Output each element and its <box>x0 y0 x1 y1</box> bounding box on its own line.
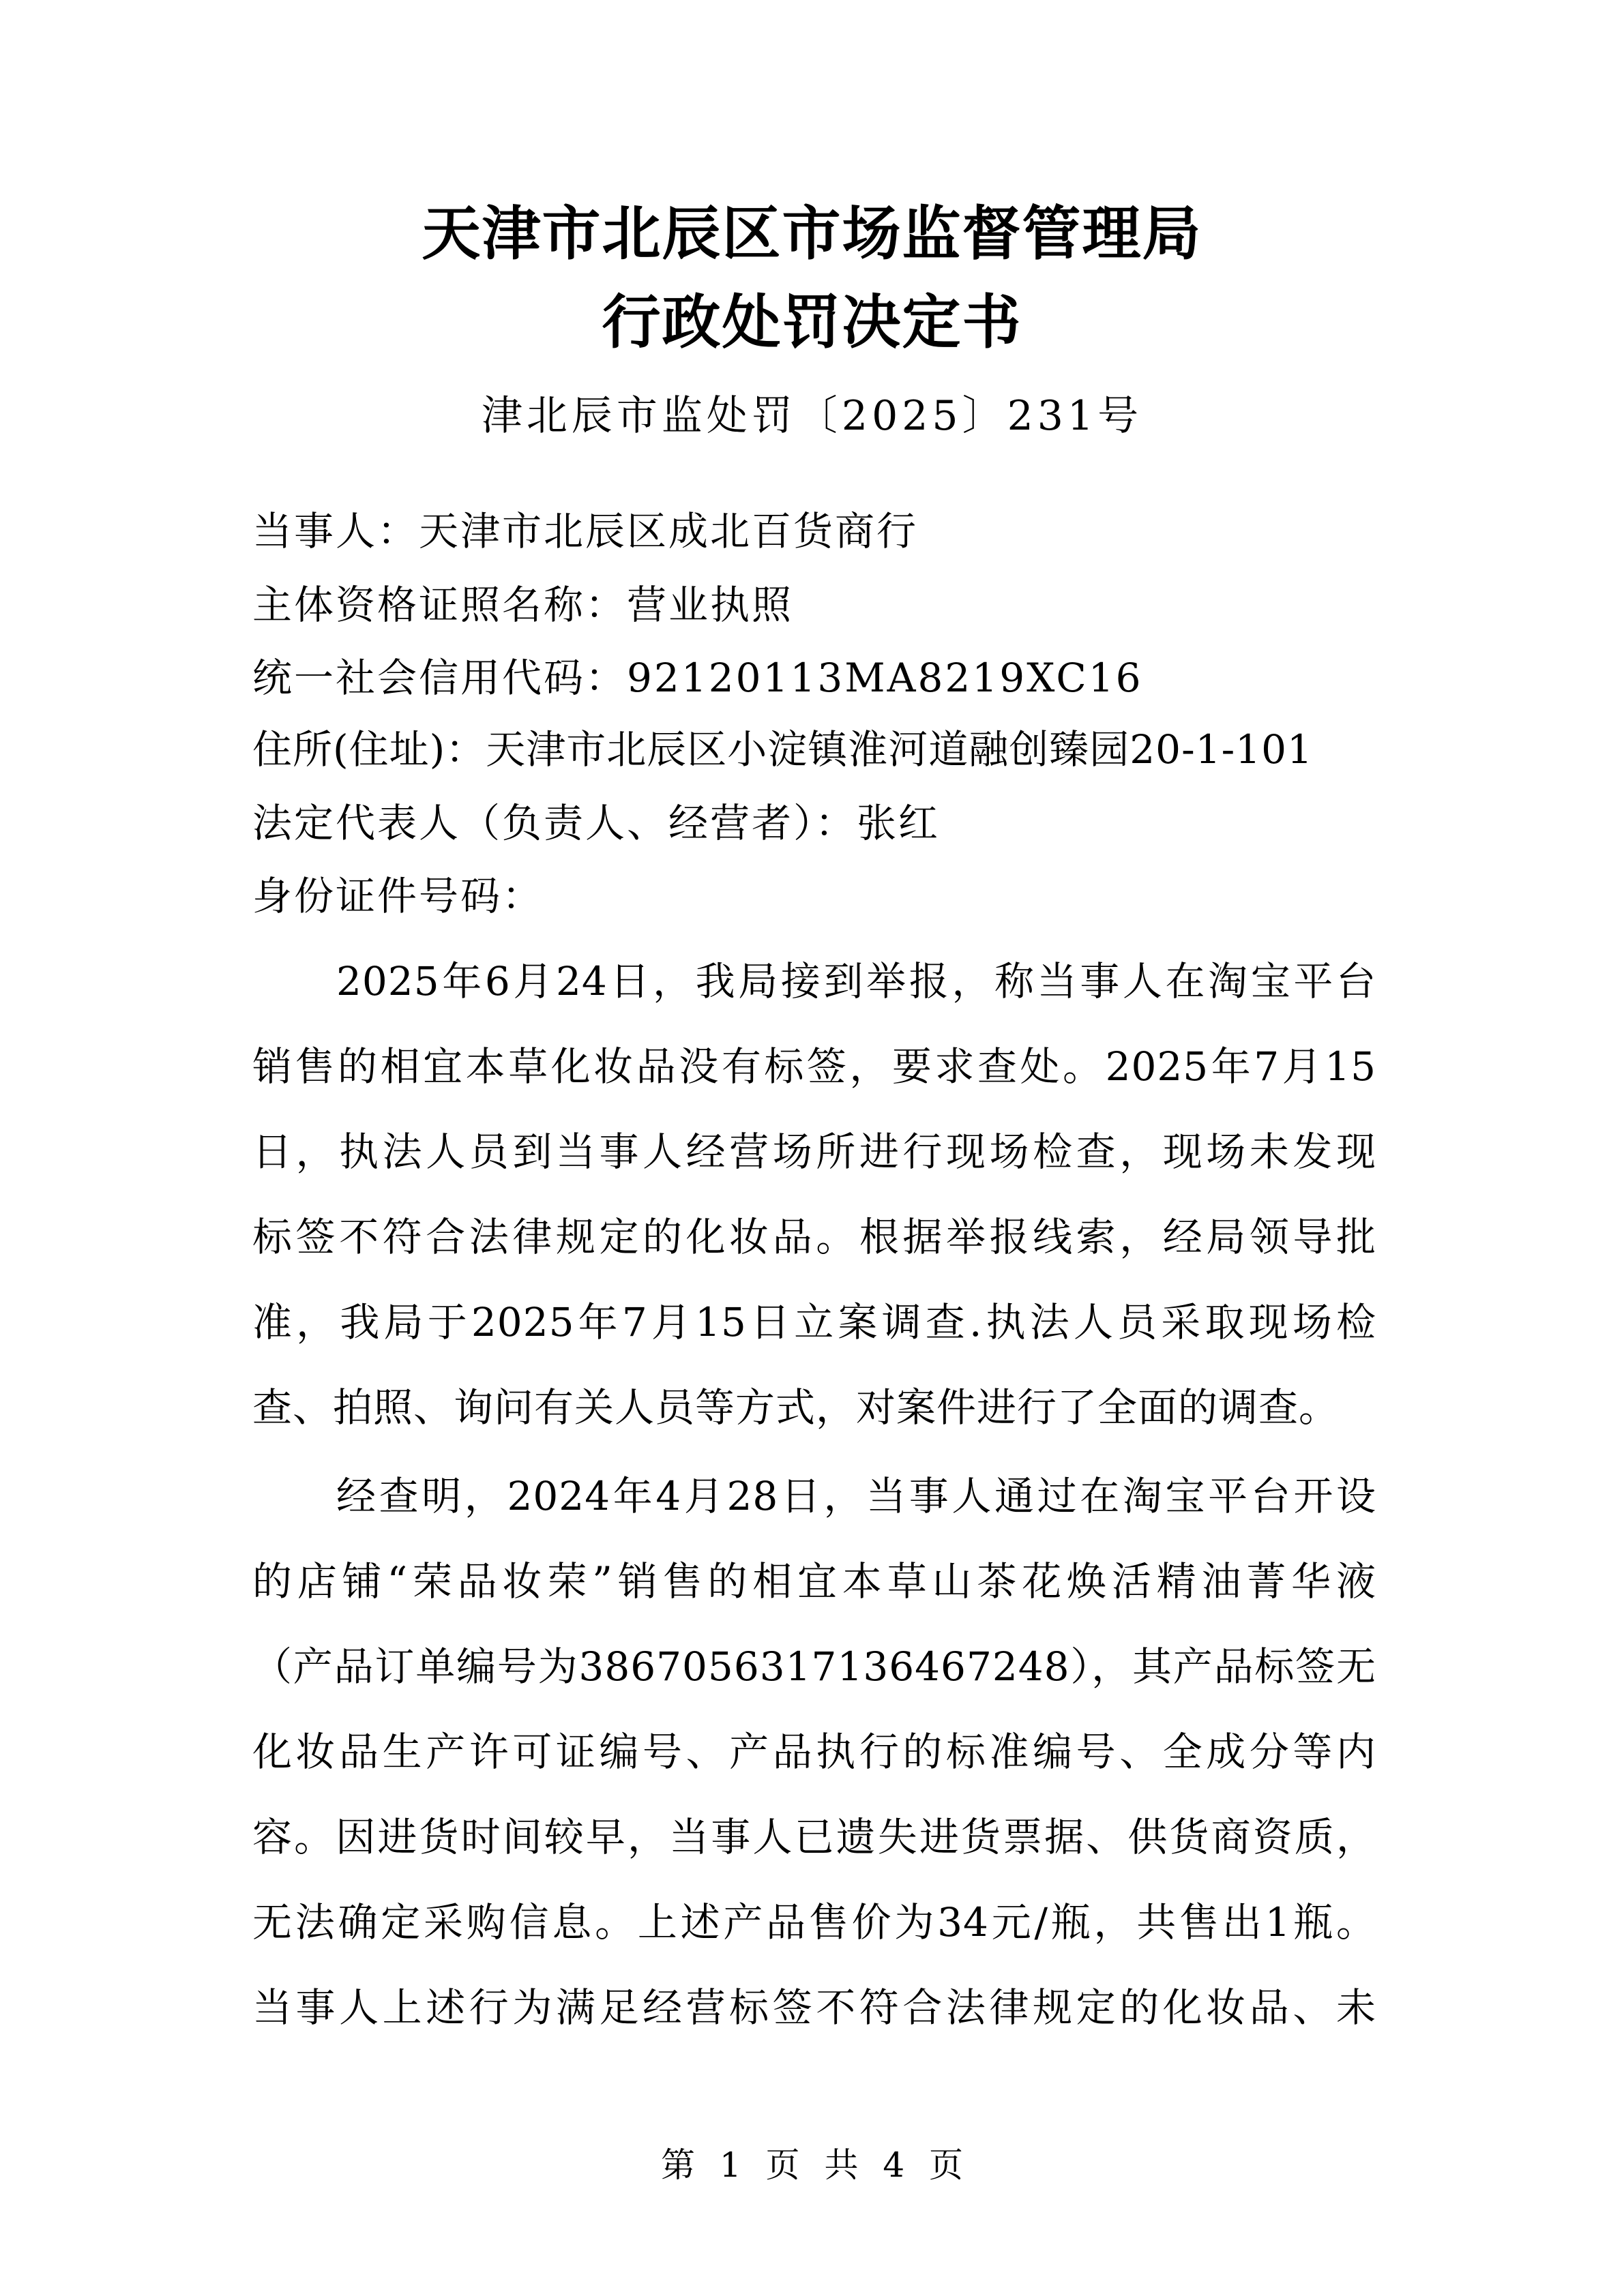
field-label: 法定代表人（负责人、经营者）： <box>252 800 857 846</box>
legal-representative-field: 法定代表人（负责人、经营者）：张红 <box>252 803 940 843</box>
paragraph-line: 容。因进货时间较早，当事人已遗失进货票据、供货商资质， <box>252 1817 1376 1857</box>
field-label: 主体资格证照名称： <box>252 582 627 628</box>
document-title-type: 行政处罚决定书 <box>0 293 1624 352</box>
field-value: 天津市北辰区成北百货商行 <box>419 508 918 554</box>
paragraph-line: 无法确定采购信息。上述产品售价为34元/瓶，共售出1瓶。 <box>252 1903 1376 1942</box>
document-title-agency: 天津市北辰区市场监督管理局 <box>0 205 1624 263</box>
page-indicator: 第 1 页 共 4 页 <box>0 2148 1624 2182</box>
paragraph-line: 当事人上述行为满足经营标签不符合法律规定的化妆品、未 <box>252 1988 1376 2027</box>
field-label: 当事人： <box>252 508 419 554</box>
address-field: 住所(住址)：天津市北辰区小淀镇淮河道融创臻园20-1-101 <box>252 730 1313 769</box>
paragraph-line: 2025年6月24日，我局接到举报，称当事人在淘宝平台 <box>336 961 1376 1001</box>
credit-code-field: 统一社会信用代码：92120113MA8219XC16 <box>252 658 1143 698</box>
paragraph-line: 经查明，2024年4月28日，当事人通过在淘宝平台开设 <box>336 1476 1376 1516</box>
party-name-field: 当事人：天津市北辰区成北百货商行 <box>252 511 918 551</box>
document-number: 津北辰市监处罚〔2025〕231号 <box>0 396 1624 436</box>
field-value: 92120113MA8219XC16 <box>627 655 1143 701</box>
paragraph-line: 化妆品生产许可证编号、产品执行的标准编号、全成分等内 <box>252 1732 1376 1772</box>
field-label: 统一社会信用代码： <box>252 655 627 701</box>
paragraph-line: （产品订单编号为3867056317136467248），其产品标签无 <box>252 1647 1376 1686</box>
paragraph-line: 销售的相宜本草化妆品没有标签，要求查处。2025年7月15 <box>252 1047 1376 1086</box>
field-label: 住所(住址)： <box>252 726 486 773</box>
paragraph-line: 的店铺“荣品妆荣”销售的相宜本草山茶花焕活精油菁华液 <box>252 1562 1376 1601</box>
license-name-field: 主体资格证照名称：营业执照 <box>252 585 793 625</box>
paragraph-line: 准，我局于2025年7月15日立案调查.执法人员采取现场检 <box>252 1302 1376 1342</box>
paragraph-line: 日，执法人员到当事人经营场所进行现场检查，现场未发现 <box>252 1132 1376 1172</box>
paragraph-line: 标签不符合法律规定的化妆品。根据举报线索，经局领导批 <box>252 1217 1376 1257</box>
id-number-field: 身份证件号码： <box>252 876 544 916</box>
field-label: 身份证件号码： <box>252 873 544 919</box>
field-value: 营业执照 <box>627 582 793 628</box>
paragraph-line: 查、拍照、询问有关人员等方式，对案件进行了全面的调查。 <box>252 1388 1376 1427</box>
field-value: 天津市北辰区小淀镇淮河道融创臻园20-1-101 <box>486 726 1313 773</box>
field-value: 张红 <box>857 800 940 846</box>
